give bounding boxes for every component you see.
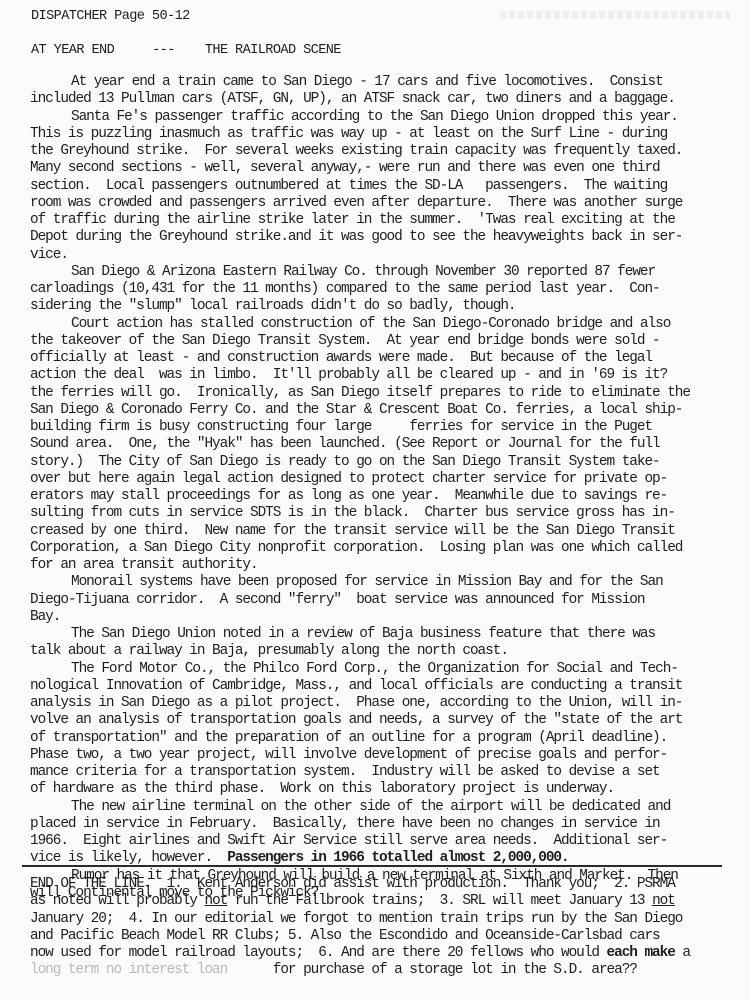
text-line: mance criteria for a transportation syst… [30, 764, 745, 781]
text-line: the Greyhound strike. For several weeks … [30, 143, 745, 160]
text-line: sulting from cuts in service SDTS is in … [30, 505, 745, 522]
text-line: Many second sections - well, several any… [30, 160, 745, 177]
section-title: THE RAILROAD SCENE [205, 43, 341, 58]
note-line: long term no interest loan for purchase … [30, 962, 745, 979]
section-label: AT YEAR END [31, 43, 114, 58]
text-line: placed in service in February. Basically… [30, 816, 745, 833]
text-line: carloadings (10,431 for the 11 months) c… [30, 281, 745, 298]
text-line: of hardware as the third phase. Work on … [30, 781, 745, 798]
text-line: The Ford Motor Co., the Philco Ford Corp… [30, 661, 745, 678]
text-line: San Diego & Arizona Eastern Railway Co. … [30, 264, 745, 281]
section-divider [22, 865, 722, 867]
section-heading: AT YEAR END---THE RAILROAD SCENE [31, 43, 341, 58]
text-line: creased by one third. New name for the t… [30, 523, 745, 540]
note-line: January 20; 4. In our editorial we forgo… [30, 911, 745, 928]
text-line: erators may stall proceedings for as lon… [30, 488, 745, 505]
text-line: volve an analysis of transportation goal… [30, 712, 745, 729]
text-line: Depot during the Greyhound strike.and it… [30, 229, 745, 246]
document-page: DISPATCHER Page 50-12 AT YEAR END---THE … [0, 0, 750, 1000]
text-line: Phase two, a two year project, will invo… [30, 747, 745, 764]
text-line: analysis in San Diego as a pilot project… [30, 695, 745, 712]
text-line: sidering the "slump" local railroads did… [30, 298, 745, 315]
text-line: The San Diego Union noted in a review of… [30, 626, 745, 643]
text-line: Corporation, a San Diego City nonprofit … [30, 540, 745, 557]
note-line: and Pacific Beach Model RR Clubs; 5. Als… [30, 928, 745, 945]
note-line: END OF THE LINE. 1. Kent Anderson did as… [30, 876, 745, 893]
text-line: Bay. [30, 609, 745, 626]
text-line: section. Local passengers outnumbered at… [30, 178, 745, 195]
text-line: action the deal was in limbo. It'll prob… [30, 367, 745, 384]
text-line: At year end a train came to San Diego - … [30, 74, 745, 91]
text-line: for an area transit authority. [30, 557, 745, 574]
text-line: Sound area. One, the "Hyak" has been lau… [30, 436, 745, 453]
text-line: building firm is busy constructing four … [30, 419, 745, 436]
text-line: story.) The City of San Diego is ready t… [30, 454, 745, 471]
text-line: talk about a railway in Baja, presumably… [30, 643, 745, 660]
emphasized-text: Passengers in 1966 totalled almost 2,000… [227, 850, 568, 866]
text-line: Santa Fe's passenger traffic according t… [30, 109, 745, 126]
text-line: included 13 Pullman cars (ATSF, GN, UP),… [30, 91, 745, 108]
text-line: nological Innovation of Cambridge, Mass.… [30, 678, 745, 695]
end-of-the-line-notes: END OF THE LINE. 1. Kent Anderson did as… [30, 876, 745, 980]
article-body: At year end a train came to San Diego - … [30, 74, 745, 902]
text-line: the ferries will go. Ironically, as San … [30, 385, 745, 402]
text-line: the takeover of the San Diego Transit Sy… [30, 333, 745, 350]
text-line: of traffic during the airline strike lat… [30, 212, 745, 229]
text-line: San Diego & Coronado Ferry Co. and the S… [30, 402, 745, 419]
text-line: vice. [30, 247, 745, 264]
text-line: Court action has stalled construction of… [30, 316, 745, 333]
text-line: of transportation" and the preparation o… [30, 730, 745, 747]
heading-separator: --- [152, 43, 175, 58]
text-line: Diego-Tijuana corridor. A second "ferry"… [30, 592, 745, 609]
text-line: officially at least - and construction a… [30, 350, 745, 367]
text-line: Monorail systems have been proposed for … [30, 574, 745, 591]
running-head: DISPATCHER Page 50-12 [31, 9, 190, 24]
bleed-through-text [500, 11, 730, 19]
text-line: The new airline terminal on the other si… [30, 799, 745, 816]
note-line: now used for model railroad layouts; 6. … [30, 945, 745, 962]
text-line: over but here again legal action designe… [30, 471, 745, 488]
text-line: room was crowded and passengers arrived … [30, 195, 745, 212]
note-line: as noted will probably not run the Fallb… [30, 893, 745, 910]
text-line: 1966. Eight airlines and Swift Air Servi… [30, 833, 745, 850]
text-line: This is puzzling inasmuch as traffic was… [30, 126, 745, 143]
